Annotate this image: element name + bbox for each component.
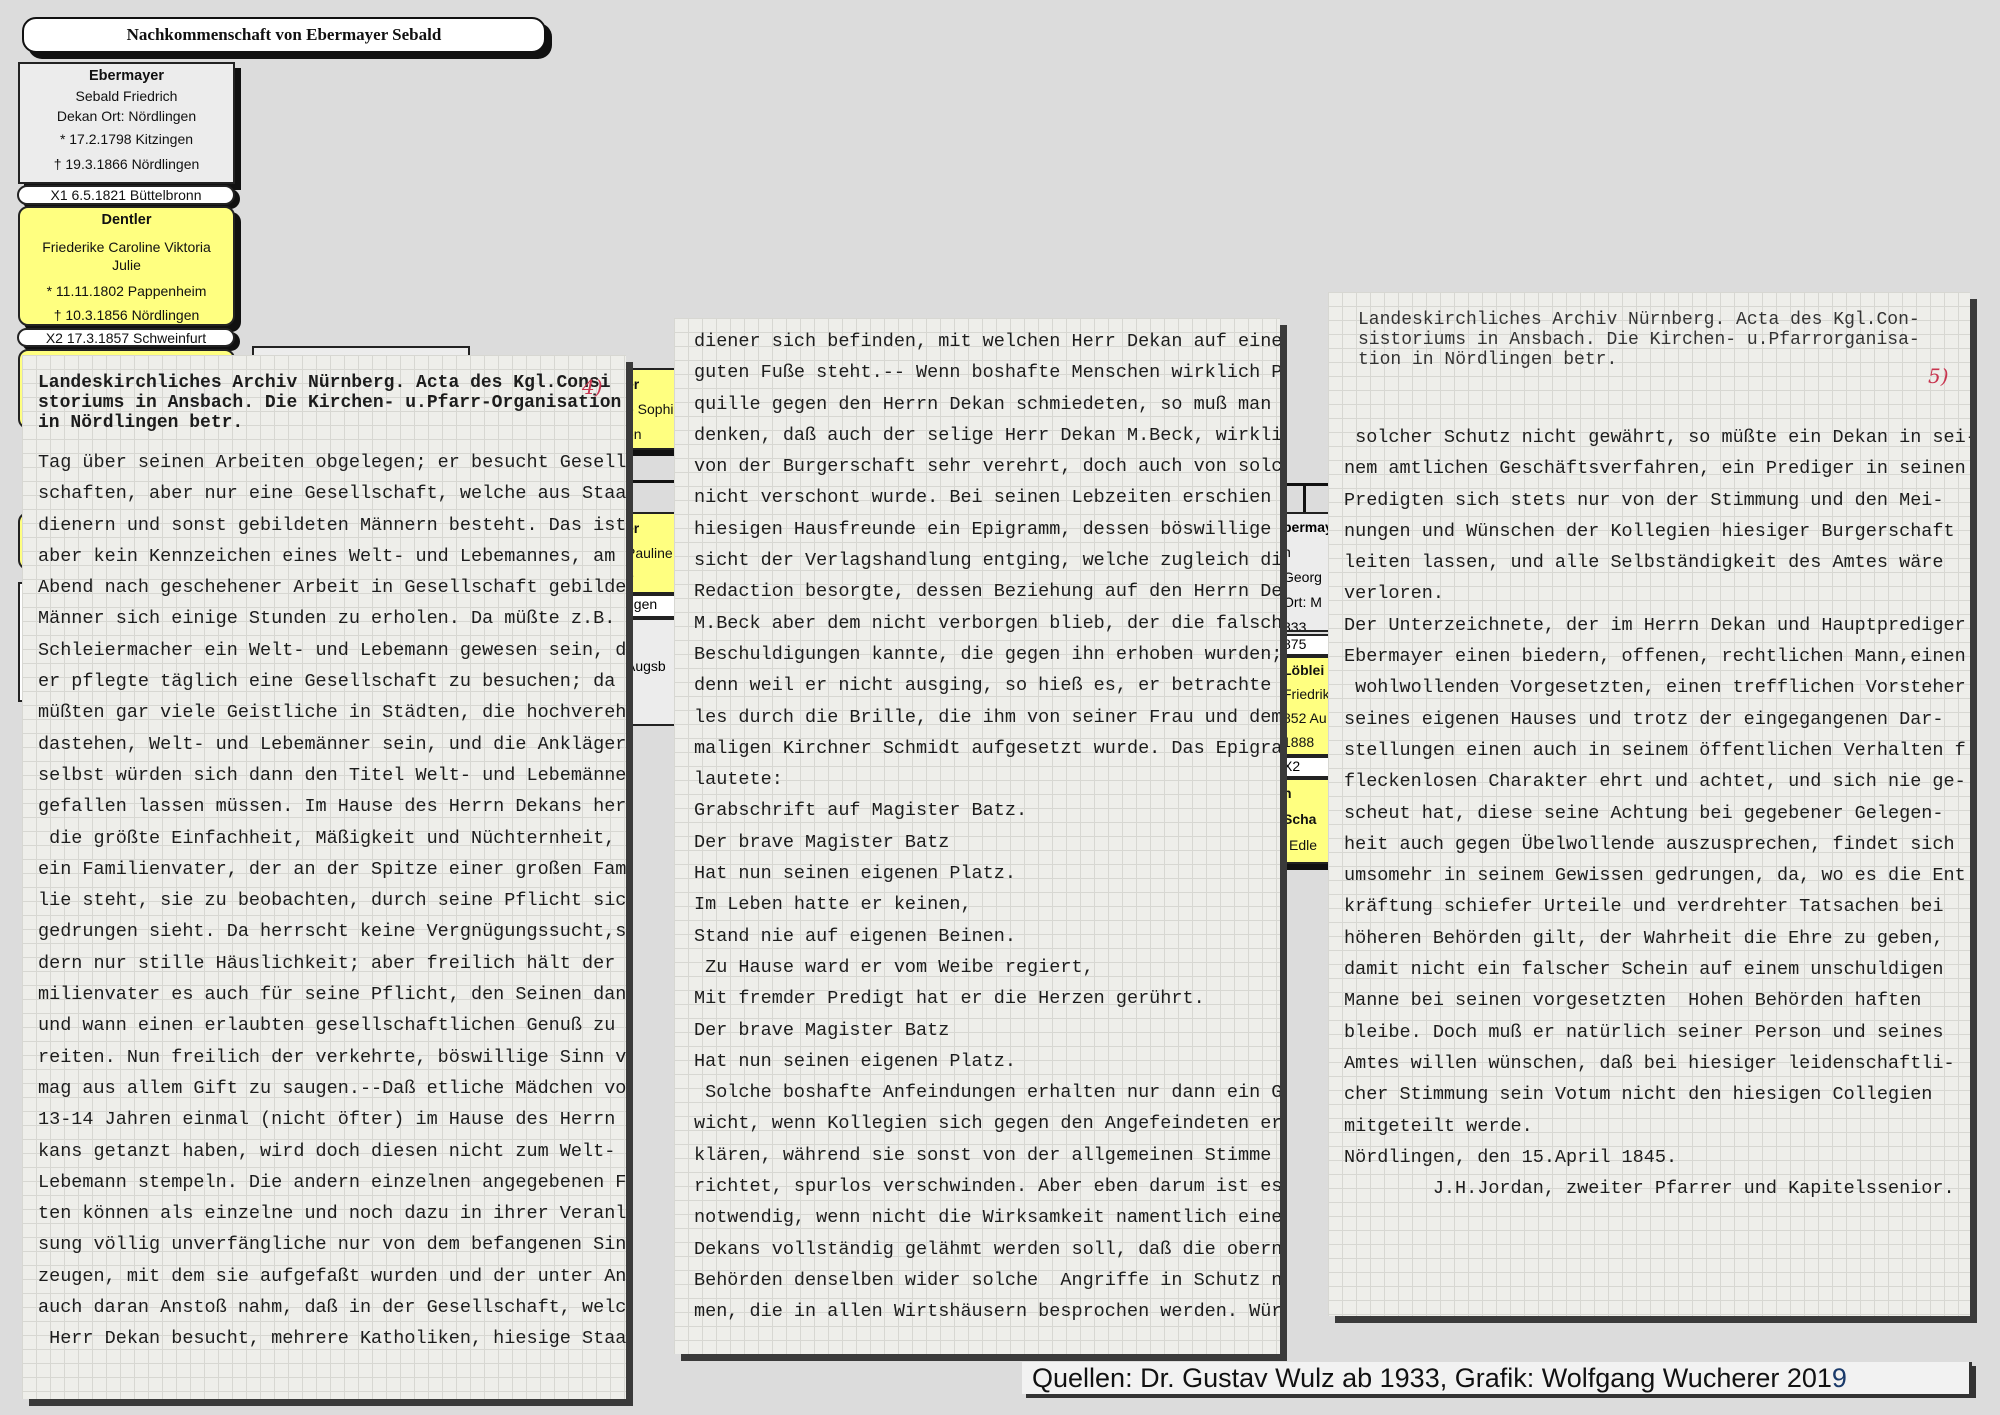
text-line: lie steht, sie zu beobachten, durch sein…	[38, 885, 626, 916]
text-line: Redaction besorgte, dessen Beziehung auf…	[694, 576, 1280, 607]
source-caption: Quellen: Dr. Gustav Wulz ab 1933, Grafik…	[1022, 1362, 1972, 1394]
tree-box-partial-loeblein[interactable]: Löblei Friedrik 852 Au 1888 M	[1280, 656, 1330, 756]
text-line: denn weil er nicht ausging, so hieß es, …	[694, 670, 1280, 701]
text-line: Manne bei seinen vorgesetzten Hohen Behö…	[1344, 985, 1970, 1016]
text-line: wohlwollenden Vorgesetzten, einen treffl…	[1344, 672, 1970, 703]
text-line: heit auch gegen Übelwollende auszusprech…	[1344, 829, 1970, 860]
text-line: nem amtlichen Geschäftsverfahren, ein Pr…	[1344, 453, 1970, 484]
text-line: sung völlig unverfängliche nur von dem b…	[38, 1229, 626, 1260]
text-line: Im Leben hatte er keinen,	[694, 889, 1280, 920]
text-line: scheut hat, diese seine Achtung bei gege…	[1344, 798, 1970, 829]
text-line: kräftung schiefer Urteile und verdrehter…	[1344, 891, 1970, 922]
text-line: auch daran Anstoß nahm, daß in der Gesel…	[38, 1292, 626, 1323]
text-line: mitgeteilt werde.	[1344, 1111, 1970, 1142]
text-line: Abend nach geschehener Arbeit in Gesells…	[38, 572, 626, 603]
person-death: † 19.3.1866 Nördlingen	[20, 155, 233, 173]
partial-text: 1888 M	[1283, 730, 1328, 756]
tree-connector	[620, 480, 676, 483]
person-birth: * 17.2.1798 Kitzingen	[20, 130, 233, 148]
header-line: Landeskirchliches Archiv Nürnberg. Acta …	[1358, 310, 1970, 330]
text-line: und wann einen erlaubten gesellschaftlic…	[38, 1010, 626, 1041]
text-line: Solche boshafte Anfeindungen erhalten nu…	[694, 1077, 1280, 1108]
tree-box-partial-marriage-right-2: X2 1889	[1280, 756, 1330, 778]
text-line: notwendig, wenn nicht die Wirksamkeit na…	[694, 1202, 1280, 1233]
partial-text: 875 Rü	[1283, 636, 1306, 656]
tree-box-partial-marriage-right: 875 Rü	[1280, 634, 1330, 656]
text-line: ein Familienvater, der an der Spitze ein…	[38, 854, 626, 885]
text-line: J.H.Jordan, zweiter Pfarrer und Kapitels…	[1344, 1173, 1970, 1204]
text-line: stellungen einen auch in seinem öffentli…	[1344, 735, 1970, 766]
text-line: lautete:	[694, 764, 1280, 795]
text-line: Der brave Magister Batz	[694, 1015, 1280, 1046]
text-line: Der brave Magister Batz	[694, 827, 1280, 858]
partial-text: er	[626, 376, 674, 392]
document-scan-page-5[interactable]: 5) Landeskirchliches Archiv Nürnberg. Ac…	[1328, 292, 1970, 1316]
text-line: aber kein Kennzeichen eines Welt- und Le…	[38, 541, 626, 572]
text-line: wicht, wenn Kollegien sich gegen den Ang…	[694, 1108, 1280, 1139]
text-line: kans getanzt haben, wird doch diesen nic…	[38, 1136, 626, 1167]
document-header: Landeskirchliches Archiv Nürnberg. Acta …	[38, 373, 626, 433]
header-line: Landeskirchliches Archiv Nürnberg. Acta …	[38, 373, 626, 393]
text-line: zeugen, mit dem sie aufgefaßt wurden und…	[38, 1261, 626, 1292]
partial-text: 833 Re	[1283, 615, 1328, 632]
document-scan-page-4[interactable]: 4) Landeskirchliches Archiv Nürnberg. Ac…	[22, 355, 626, 1399]
text-line: fleckenlosen Charakter ehrt und achtet, …	[1344, 766, 1970, 797]
partial-text: bermay	[1283, 515, 1328, 540]
text-line: damit nicht ein falscher Schein auf eine…	[1344, 954, 1970, 985]
person-surname: Ebermayer	[20, 68, 233, 84]
text-line: Tag über seinen Arbeiten obgelegen; er b…	[38, 447, 626, 478]
partial-text: n Georg	[1283, 540, 1328, 590]
text-line: verloren.	[1344, 578, 1970, 609]
partial-text: 852 Au	[1283, 706, 1328, 730]
header-line: storiums in Ansbach. Die Kirchen- u.Pfar…	[38, 393, 626, 413]
page-number: 5)	[1928, 364, 1949, 388]
marriage-label-2: X2 17.3.1857 Schweinfurt	[17, 328, 235, 347]
text-line: selbst würden sich dann den Titel Welt- …	[38, 760, 626, 791]
text-line: Grabschrift auf Magister Batz.	[694, 795, 1280, 826]
caption-text-last-digit: 9	[1832, 1363, 1847, 1393]
document-scan-page-4-continued[interactable]: diener sich befinden, mit welchen Herr D…	[674, 318, 1280, 1354]
document-body: solcher Schutz nicht gewährt, so müßte e…	[1344, 422, 1970, 1204]
partial-text: Pauline	[626, 545, 674, 561]
text-line: Zu Hause ward er vom Weibe regiert,	[694, 952, 1280, 983]
text-line: diener sich befinden, mit welchen Herr D…	[694, 326, 1280, 357]
text-line: Behörden denselben wider solche Angriffe…	[694, 1265, 1280, 1296]
page-number: 4)	[582, 375, 603, 399]
text-line: seines eigenen Hauses und trotz der eing…	[1344, 704, 1970, 735]
text-line: Dekans vollständig gelähmt werden soll, …	[694, 1234, 1280, 1265]
caption-text: Quellen: Dr. Gustav Wulz ab 1933, Grafik…	[1032, 1363, 1832, 1393]
text-line: dienern und sonst gebildeten Männern bes…	[38, 510, 626, 541]
text-line: Hat nun seinen eigenen Platz.	[694, 1046, 1280, 1077]
text-line: Mit fremder Predigt hat er die Herzen ge…	[694, 983, 1280, 1014]
text-line: M.Beck aber dem nicht verborgen blieb, d…	[694, 608, 1280, 639]
text-line: richtet, spurlos verschwinden. Aber eben…	[694, 1171, 1280, 1202]
text-line: dastehen, Welt- und Lebemänner sein, und…	[38, 729, 626, 760]
text-line: dern nur stille Häuslichkeit; aber freil…	[38, 948, 626, 979]
text-line: höheren Behörden gilt, der Wahrheit die …	[1344, 923, 1970, 954]
partial-text: e Sophi	[626, 401, 674, 417]
text-line: Lebemann stempeln. Die andern einzelnen …	[38, 1167, 626, 1198]
partial-text: er	[626, 520, 674, 536]
text-line: quille gegen den Herrn Dekan schmiedeten…	[694, 389, 1280, 420]
person-given-name: Sebald Friedrich	[20, 87, 233, 105]
text-line: milienvater es auch für seine Pflicht, d…	[38, 979, 626, 1010]
tree-box-partial-schaden[interactable]: n Scha Edle † 1891	[1280, 778, 1330, 864]
person-box-dentler[interactable]: Dentler Friederike Caroline Viktoria Jul…	[18, 206, 235, 326]
text-line: die größte Einfachheit, Mäßigkeit und Nü…	[38, 823, 626, 854]
partial-text: X2 1889	[1283, 758, 1314, 778]
person-birth: * 11.11.1802 Pappenheim	[20, 282, 233, 300]
text-line: denken, daß auch der selige Herr Dekan M…	[694, 420, 1280, 451]
header-line: tion in Nördlingen betr.	[1358, 350, 1970, 370]
partial-text: n Scha	[1283, 780, 1328, 832]
marriage-label-1: X1 6.5.1821 Büttelbronn	[17, 185, 235, 205]
text-line: gefallen lassen müssen. Im Hause des Her…	[38, 791, 626, 822]
text-line: von der Burgerschaft sehr verehrt, doch …	[694, 451, 1280, 482]
text-line: schaften, aber nur eine Gesellschaft, we…	[38, 478, 626, 509]
text-line: leiten lassen, und alle Selbständigkeit …	[1344, 547, 1970, 578]
document-body: Tag über seinen Arbeiten obgelegen; er b…	[38, 447, 626, 1355]
text-line: Nördlingen, den 15.April 1845.	[1344, 1142, 1970, 1173]
tree-box-partial-pauline[interactable]: er Pauline 3	[620, 512, 676, 594]
text-line: Männer sich einige Stunden zu erholen. D…	[38, 603, 626, 634]
text-line: bleibe. Doch muß er natürlich seiner Per…	[1344, 1017, 1970, 1048]
text-line: nungen und Wünschen der Kollegien hiesig…	[1344, 516, 1970, 547]
text-line: 13-14 Jahren einmal (nicht öfter) im Hau…	[38, 1104, 626, 1135]
text-line: Hat nun seinen eigenen Platz.	[694, 858, 1280, 889]
tree-box-partial-sophie[interactable]: er e Sophi en	[620, 368, 676, 450]
text-line: Ebermayer einen biedern, offenen, rechtl…	[1344, 641, 1970, 672]
text-line: Stand nie auf eigenen Beinen.	[694, 921, 1280, 952]
tree-connector	[1282, 483, 1332, 486]
text-line: Herr Dekan besucht, mehrere Katholiken, …	[38, 1323, 626, 1354]
document-body: diener sich befinden, mit welchen Herr D…	[694, 326, 1280, 1328]
person-given-name: Friederike Caroline Viktoria Julie	[20, 238, 233, 274]
tree-box-partial-marriage: ngen	[620, 594, 676, 618]
person-box-ebermayer[interactable]: Ebermayer Sebald Friedrich Dekan Ort: Nö…	[18, 62, 235, 184]
text-line: umsomehr in seinem Gewissen gedrungen, d…	[1344, 860, 1970, 891]
tree-box-partial-ebermayer-son[interactable]: bermay n Georg Ort: M 833 Re 1898 M	[1280, 512, 1330, 632]
header-line: sistoriums in Ansbach. Die Kirchen- u.Pf…	[1358, 330, 1970, 350]
partial-text: Friedrik	[1283, 682, 1328, 706]
text-line: Predigten sich stets nur von der Stimmun…	[1344, 485, 1970, 516]
text-line: mag aus allem Gift zu saugen.--Daß etlic…	[38, 1073, 626, 1104]
text-line: men, die in allen Wirtshäusern besproche…	[694, 1296, 1280, 1327]
person-death: † 10.3.1856 Nördlingen	[20, 306, 233, 324]
text-line: maligen Kirchner Schmidt aufgesetzt wurd…	[694, 733, 1280, 764]
text-line: Beschuldigungen kannte, die gegen ihn er…	[694, 639, 1280, 670]
text-line: solcher Schutz nicht gewährt, so müßte e…	[1344, 422, 1970, 453]
text-line: klären, während sie sonst von der allgem…	[694, 1140, 1280, 1171]
text-line: müßten gar viele Geistliche in Städten, …	[38, 697, 626, 728]
text-line: reiten. Nun freilich der verkehrte, bösw…	[38, 1042, 626, 1073]
partial-text: Edle	[1283, 832, 1328, 858]
tree-connector	[1303, 485, 1306, 513]
tree-box-partial-augsburg[interactable]: Augsb	[620, 618, 676, 726]
partial-text: Augsb	[626, 658, 666, 674]
partial-text: en	[626, 426, 674, 442]
text-line: cher Stimmung sein Votum nicht den hiesi…	[1344, 1079, 1970, 1110]
text-line: Schleiermacher ein Welt- und Lebemann ge…	[38, 635, 626, 666]
text-line: sicht der Verlagshandlung entging, welch…	[694, 545, 1280, 576]
page-title: Nachkommenschaft von Ebermayer Sebald	[22, 17, 546, 53]
partial-text: 3	[626, 566, 674, 582]
text-line: Der Unterzeichnete, der im Herrn Dekan u…	[1344, 610, 1970, 641]
text-line: gedrungen sieht. Da herrscht keine Vergn…	[38, 916, 626, 947]
text-line: Amtes willen wünschen, daß bei hiesiger …	[1344, 1048, 1970, 1079]
text-line: les durch die Brille, die ihm von seiner…	[694, 702, 1280, 733]
partial-text: ngen	[626, 596, 657, 612]
partial-text: Löblei	[1283, 658, 1328, 682]
text-line: ten können als einzelne und noch dazu in…	[38, 1198, 626, 1229]
person-surname: Dentler	[20, 212, 233, 228]
text-line: guten Fuße steht.-- Wenn boshafte Mensch…	[694, 357, 1280, 388]
text-line: nicht verschont wurde. Bei seinen Lebzei…	[694, 482, 1280, 513]
partial-text: Ort: M	[1283, 590, 1328, 615]
text-line: hiesigen Hausfreunde ein Epigramm, desse…	[694, 514, 1280, 545]
document-header: Landeskirchliches Archiv Nürnberg. Acta …	[1358, 310, 1970, 370]
person-occupation: Dekan Ort: Nördlingen	[20, 107, 233, 125]
text-line: er pflegte täglich eine Gesellschaft zu …	[38, 666, 626, 697]
header-line: in Nördlingen betr.	[38, 413, 626, 433]
